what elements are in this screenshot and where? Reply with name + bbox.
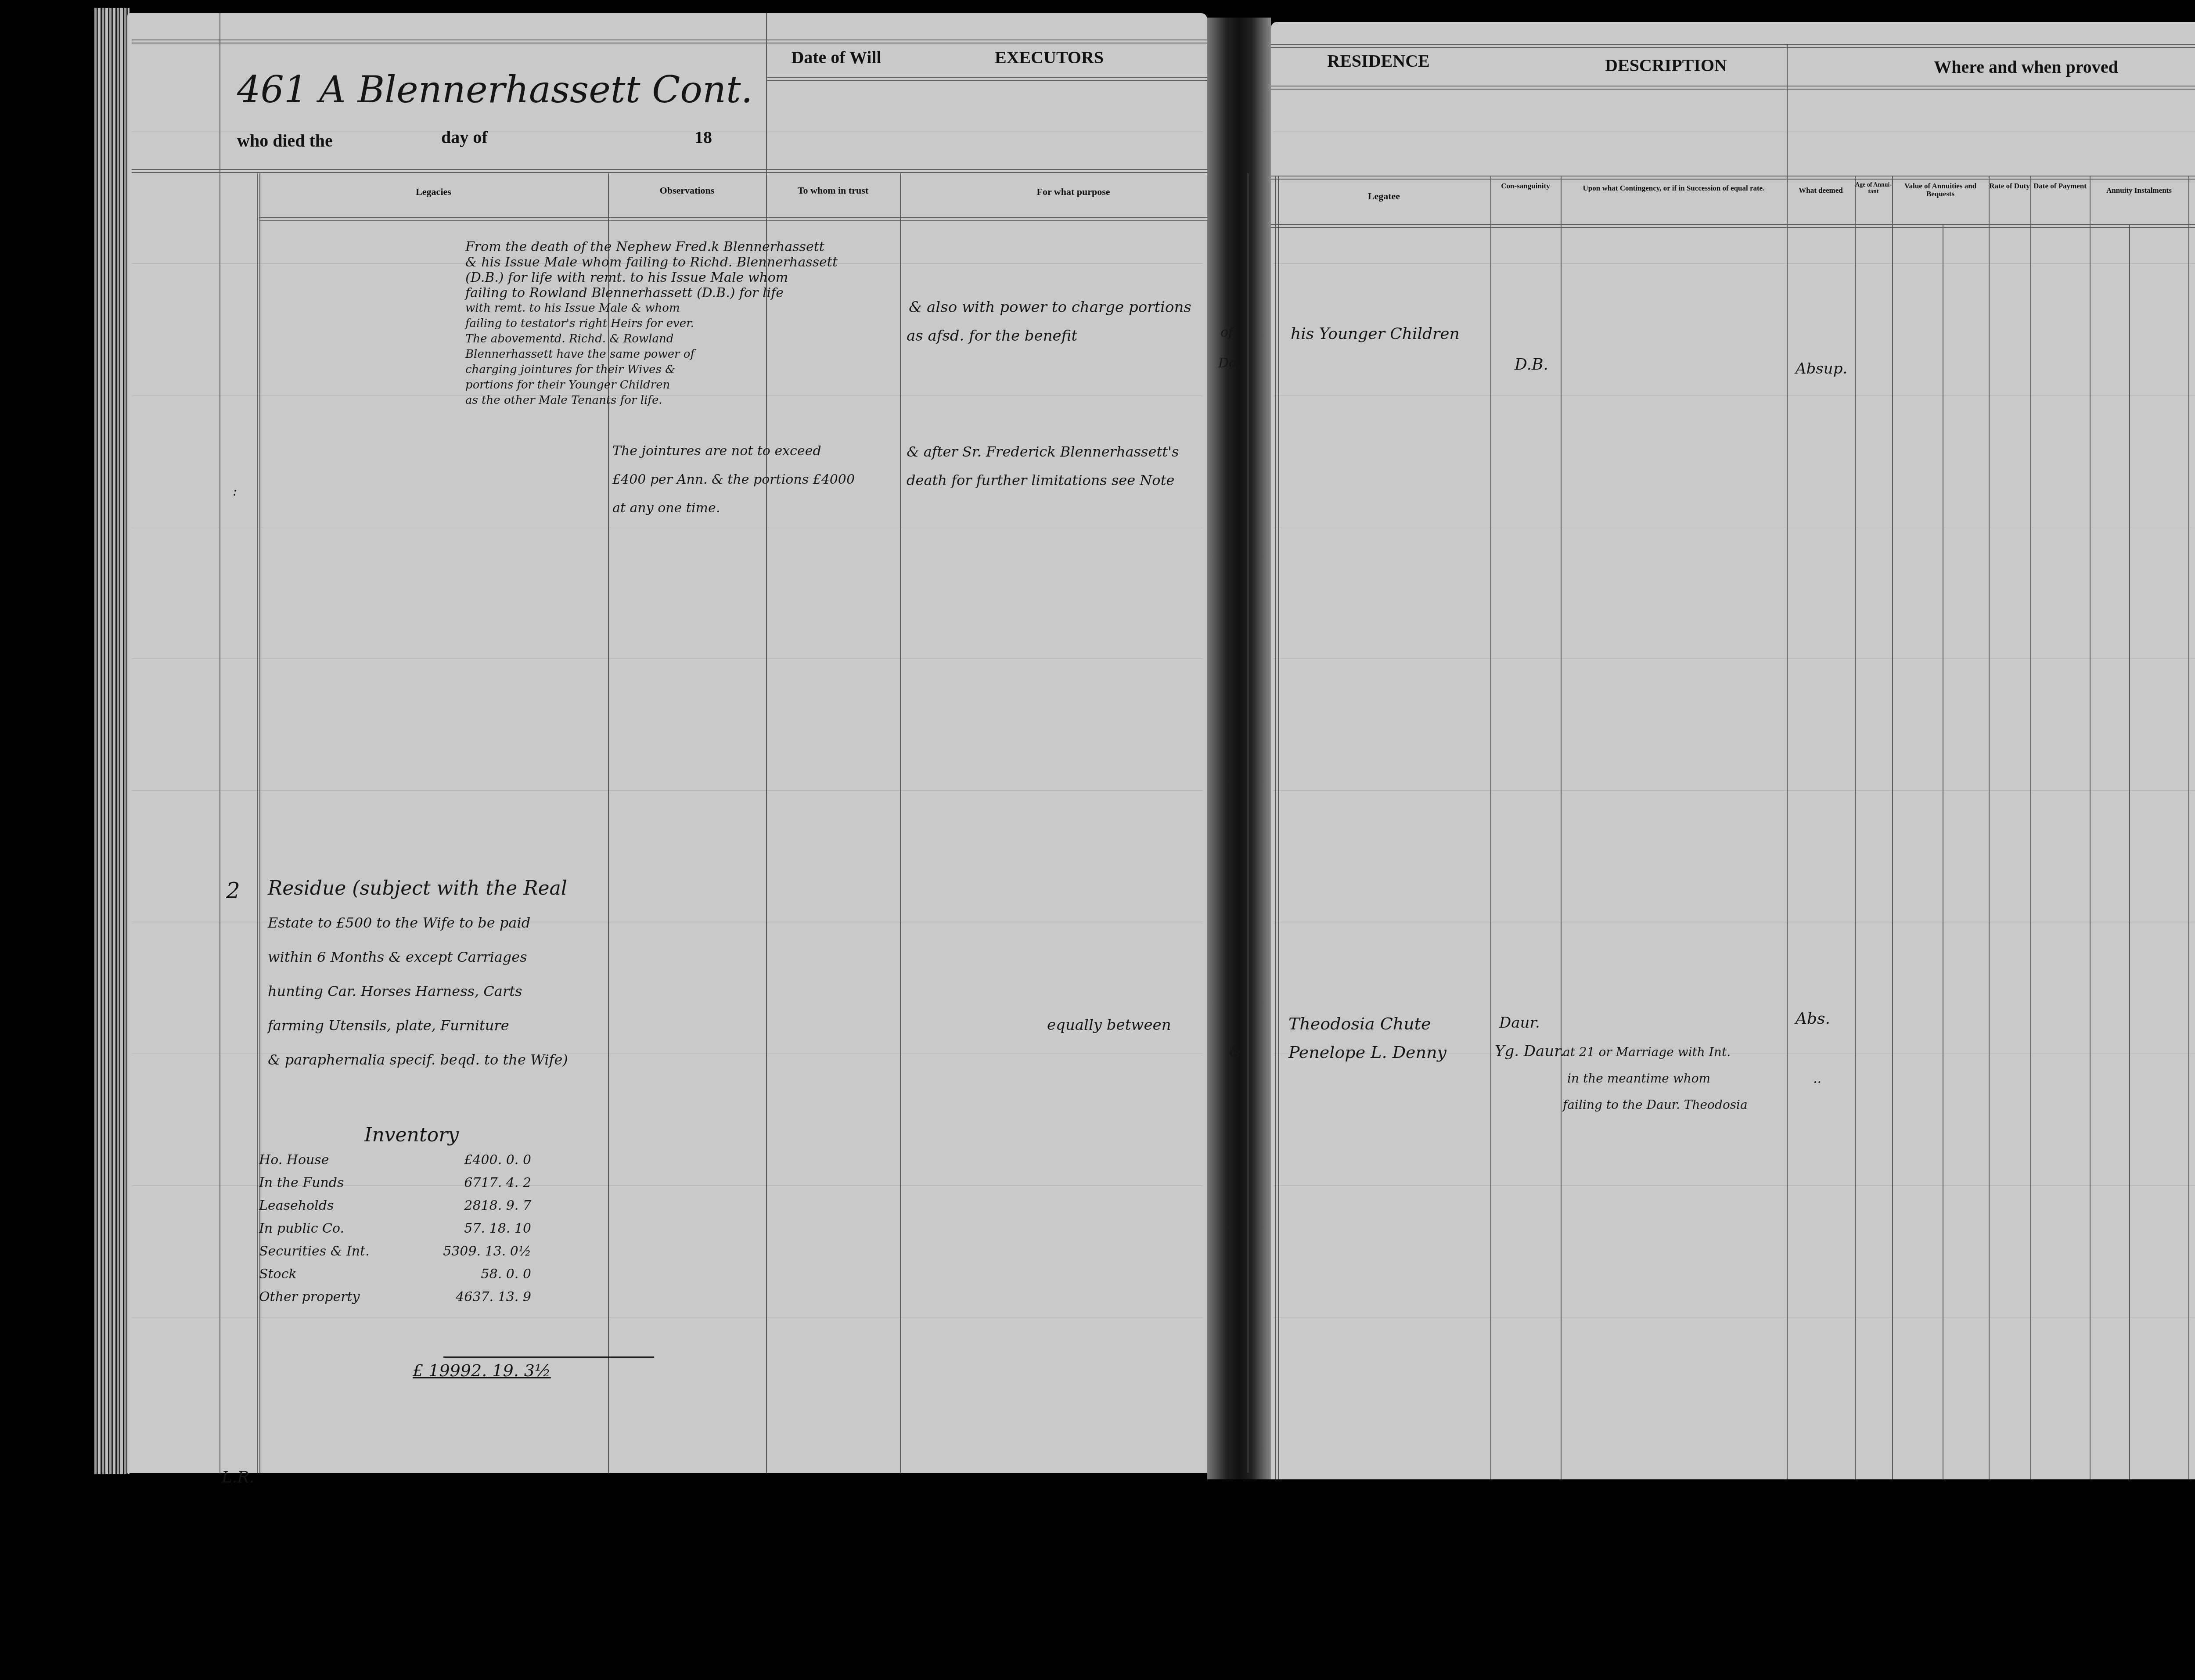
legacy-line: farming Utensils, plate, Furniture bbox=[268, 1008, 568, 1043]
col-observations: Observations bbox=[608, 185, 766, 195]
purpose-line: as afsd. for the benefit bbox=[907, 327, 1077, 345]
rule bbox=[1271, 44, 2195, 48]
header-sum-sworn-under: Sum sworn under bbox=[2188, 48, 2195, 85]
inventory-label: In the Funds bbox=[259, 1175, 344, 1198]
header-date-of-will: Date of Will bbox=[773, 48, 900, 67]
inventory-value: £400. 0. 0 bbox=[464, 1152, 531, 1175]
consanguinity-value: Yg. Daur. bbox=[1495, 1043, 1565, 1060]
inventory-total: £ 19992. 19. 3½ bbox=[413, 1361, 551, 1380]
header-residence: RESIDENCE bbox=[1313, 52, 1444, 70]
inventory-value: 2818. 9. 7 bbox=[464, 1198, 531, 1221]
purpose-line: Do. bbox=[1218, 356, 1241, 371]
inventory-item: Other property 4637. 13. 9 bbox=[259, 1289, 531, 1312]
obs-line: & his Issue Male whom failing to Richd. … bbox=[465, 255, 838, 270]
col-value-of-annuities: Value of Annuities and Bequests bbox=[1892, 182, 1989, 198]
page-stack-edges bbox=[94, 8, 130, 1474]
inventory-item: In the Funds 6717. 4. 2 bbox=[259, 1175, 531, 1198]
header-where-when-proved: Where and when proved bbox=[1866, 58, 2186, 76]
obs-line: as the other Male Tenants for life. bbox=[465, 393, 838, 408]
book-gutter bbox=[1207, 18, 1271, 1479]
inventory-list: Ho. House £400. 0. 0 In the Funds 6717. … bbox=[259, 1152, 531, 1312]
rule bbox=[766, 77, 1207, 81]
ditto-mark: .. bbox=[1813, 1071, 1821, 1086]
obs-line: with remt. to his Issue Male & whom bbox=[465, 301, 838, 316]
col-annuity-instalments: Annuity Instalments bbox=[2090, 187, 2188, 194]
consanguinity-value: D.B. bbox=[1515, 356, 1548, 374]
contingency-line: at 21 or Marriage with Int. bbox=[1563, 1045, 1731, 1059]
sum-rule bbox=[443, 1356, 654, 1358]
col-for-what-purpose: For what purpose bbox=[900, 187, 1247, 197]
obs-line: at any one time. bbox=[612, 500, 720, 516]
inventory-value: 58. 0. 0 bbox=[481, 1266, 532, 1289]
rule bbox=[259, 217, 1207, 221]
rule bbox=[132, 40, 1207, 43]
inventory-item: Leaseholds 2818. 9. 7 bbox=[259, 1198, 531, 1221]
residue-legacy-block: Residue (subject with the Real Estate to… bbox=[268, 871, 568, 1077]
col-contingency: Upon what Contingency, or if in Successi… bbox=[1563, 184, 1785, 192]
contingency-line: failing to the Daur. Theodosia bbox=[1563, 1097, 1748, 1112]
obs-line: £400 per Ann. & the portions £4000 bbox=[612, 472, 855, 487]
col-consanguinity: Con-sanguinity bbox=[1490, 182, 1561, 190]
inventory-label: Ho. House bbox=[259, 1152, 329, 1175]
legacy-line: within 6 Months & except Carriages bbox=[268, 940, 568, 974]
header-executors: EXECUTORS bbox=[935, 48, 1163, 67]
inventory-item: In public Co. 57. 18. 10 bbox=[259, 1221, 531, 1244]
inventory-value: 57. 18. 10 bbox=[464, 1221, 531, 1244]
obs-line: charging jointures for their Wives & bbox=[465, 362, 838, 378]
inventory-title: Inventory bbox=[364, 1124, 459, 1146]
obs-line: The jointures are not to exceed bbox=[612, 443, 821, 459]
consanguinity-value: Daur. bbox=[1499, 1014, 1540, 1032]
legacy-line: hunting Car. Horses Harness, Carts bbox=[268, 974, 568, 1008]
purpose-equally: equally between bbox=[1047, 1016, 1171, 1034]
legatee-name: his Younger Children bbox=[1291, 325, 1460, 343]
right-page bbox=[1271, 22, 2195, 1479]
obs-line: Blennerhassett have the same power of bbox=[465, 347, 838, 362]
year-prefix: 18 bbox=[694, 128, 712, 147]
inventory-value: 5309. 13. 0½ bbox=[443, 1244, 531, 1266]
bottom-left-initials: L.R. bbox=[222, 1468, 254, 1486]
inventory-value: 6717. 4. 2 bbox=[464, 1175, 531, 1198]
entry-title: 461 A Blennerhassett Cont. bbox=[237, 68, 752, 111]
col-what-deemed: What deemed bbox=[1787, 187, 1855, 194]
header-description: DESCRIPTION bbox=[1572, 56, 1760, 75]
obs-line: failing to Rowland Blennerhassett (D.B.)… bbox=[465, 285, 838, 301]
what-deemed-value: Abs. bbox=[1796, 1010, 1830, 1028]
purpose-line: death for further limitations see Note bbox=[907, 472, 1174, 489]
purpose-line: & after Sr. Frederick Blennerhassett's bbox=[907, 443, 1179, 460]
inventory-label: Leaseholds bbox=[259, 1198, 334, 1221]
obs-line: failing to testator's right Heirs for ev… bbox=[465, 316, 838, 331]
legacy-line: & paraphernalia specif. beqd. to the Wif… bbox=[268, 1043, 568, 1077]
col-total-duty: Total Duty bbox=[2188, 191, 2195, 201]
inventory-item: Securities & Int. 5309. 13. 0½ bbox=[259, 1244, 531, 1266]
who-died-label: who died the bbox=[237, 132, 333, 150]
purpose-line: of bbox=[1220, 325, 1233, 340]
obs-line: The abovementd. Richd. & Rowland bbox=[465, 331, 838, 347]
legatee-name: Penelope L. Denny bbox=[1288, 1043, 1447, 1062]
inventory-value: 4637. 13. 9 bbox=[456, 1289, 531, 1312]
inventory-item: Ho. House £400. 0. 0 bbox=[259, 1152, 531, 1175]
col-age-of-annuitant: Age of Annui-tant bbox=[1855, 182, 1892, 195]
entry-number: 2 bbox=[226, 878, 240, 903]
what-deemed-value: Absup. bbox=[1796, 360, 1847, 378]
purpose-ampersand: & bbox=[1229, 1043, 1242, 1060]
obs-line: From the death of the Nephew Fred.k Blen… bbox=[465, 239, 838, 255]
margin-dots: : bbox=[233, 487, 237, 496]
inventory-label: In public Co. bbox=[259, 1221, 344, 1244]
inventory-label: Stock bbox=[259, 1266, 297, 1289]
contingency-line: in the meantime whom bbox=[1567, 1071, 1710, 1086]
col-date-of-payment: Date of Payment bbox=[2030, 182, 2090, 190]
obs-line: (D.B.) for life with remt. to his Issue … bbox=[465, 270, 838, 285]
rule bbox=[132, 169, 1207, 173]
obs-line: portions for their Younger Children bbox=[465, 378, 838, 393]
col-legatee: Legatee bbox=[1277, 191, 1490, 201]
observations-block: From the death of the Nephew Fred.k Blen… bbox=[465, 239, 838, 408]
day-of-label: day of bbox=[441, 128, 488, 147]
purpose-line: & also with power to charge portions bbox=[909, 299, 1191, 316]
inventory-label: Other property bbox=[259, 1289, 360, 1312]
rule bbox=[1271, 86, 2195, 90]
col-legacies: Legacies bbox=[259, 187, 608, 197]
col-rate-of-duty: Rate of Duty bbox=[1989, 182, 2030, 190]
inventory-label: Securities & Int. bbox=[259, 1244, 370, 1266]
legatee-name: Theodosia Chute bbox=[1288, 1014, 1431, 1033]
legacy-line: Residue (subject with the Real bbox=[268, 871, 568, 906]
rule bbox=[1271, 176, 2195, 180]
rule bbox=[1271, 224, 2195, 228]
legacy-line: Estate to £500 to the Wife to be paid bbox=[268, 906, 568, 940]
inventory-item: Stock 58. 0. 0 bbox=[259, 1266, 531, 1289]
col-to-whom-in-trust: To whom in trust bbox=[766, 185, 900, 195]
